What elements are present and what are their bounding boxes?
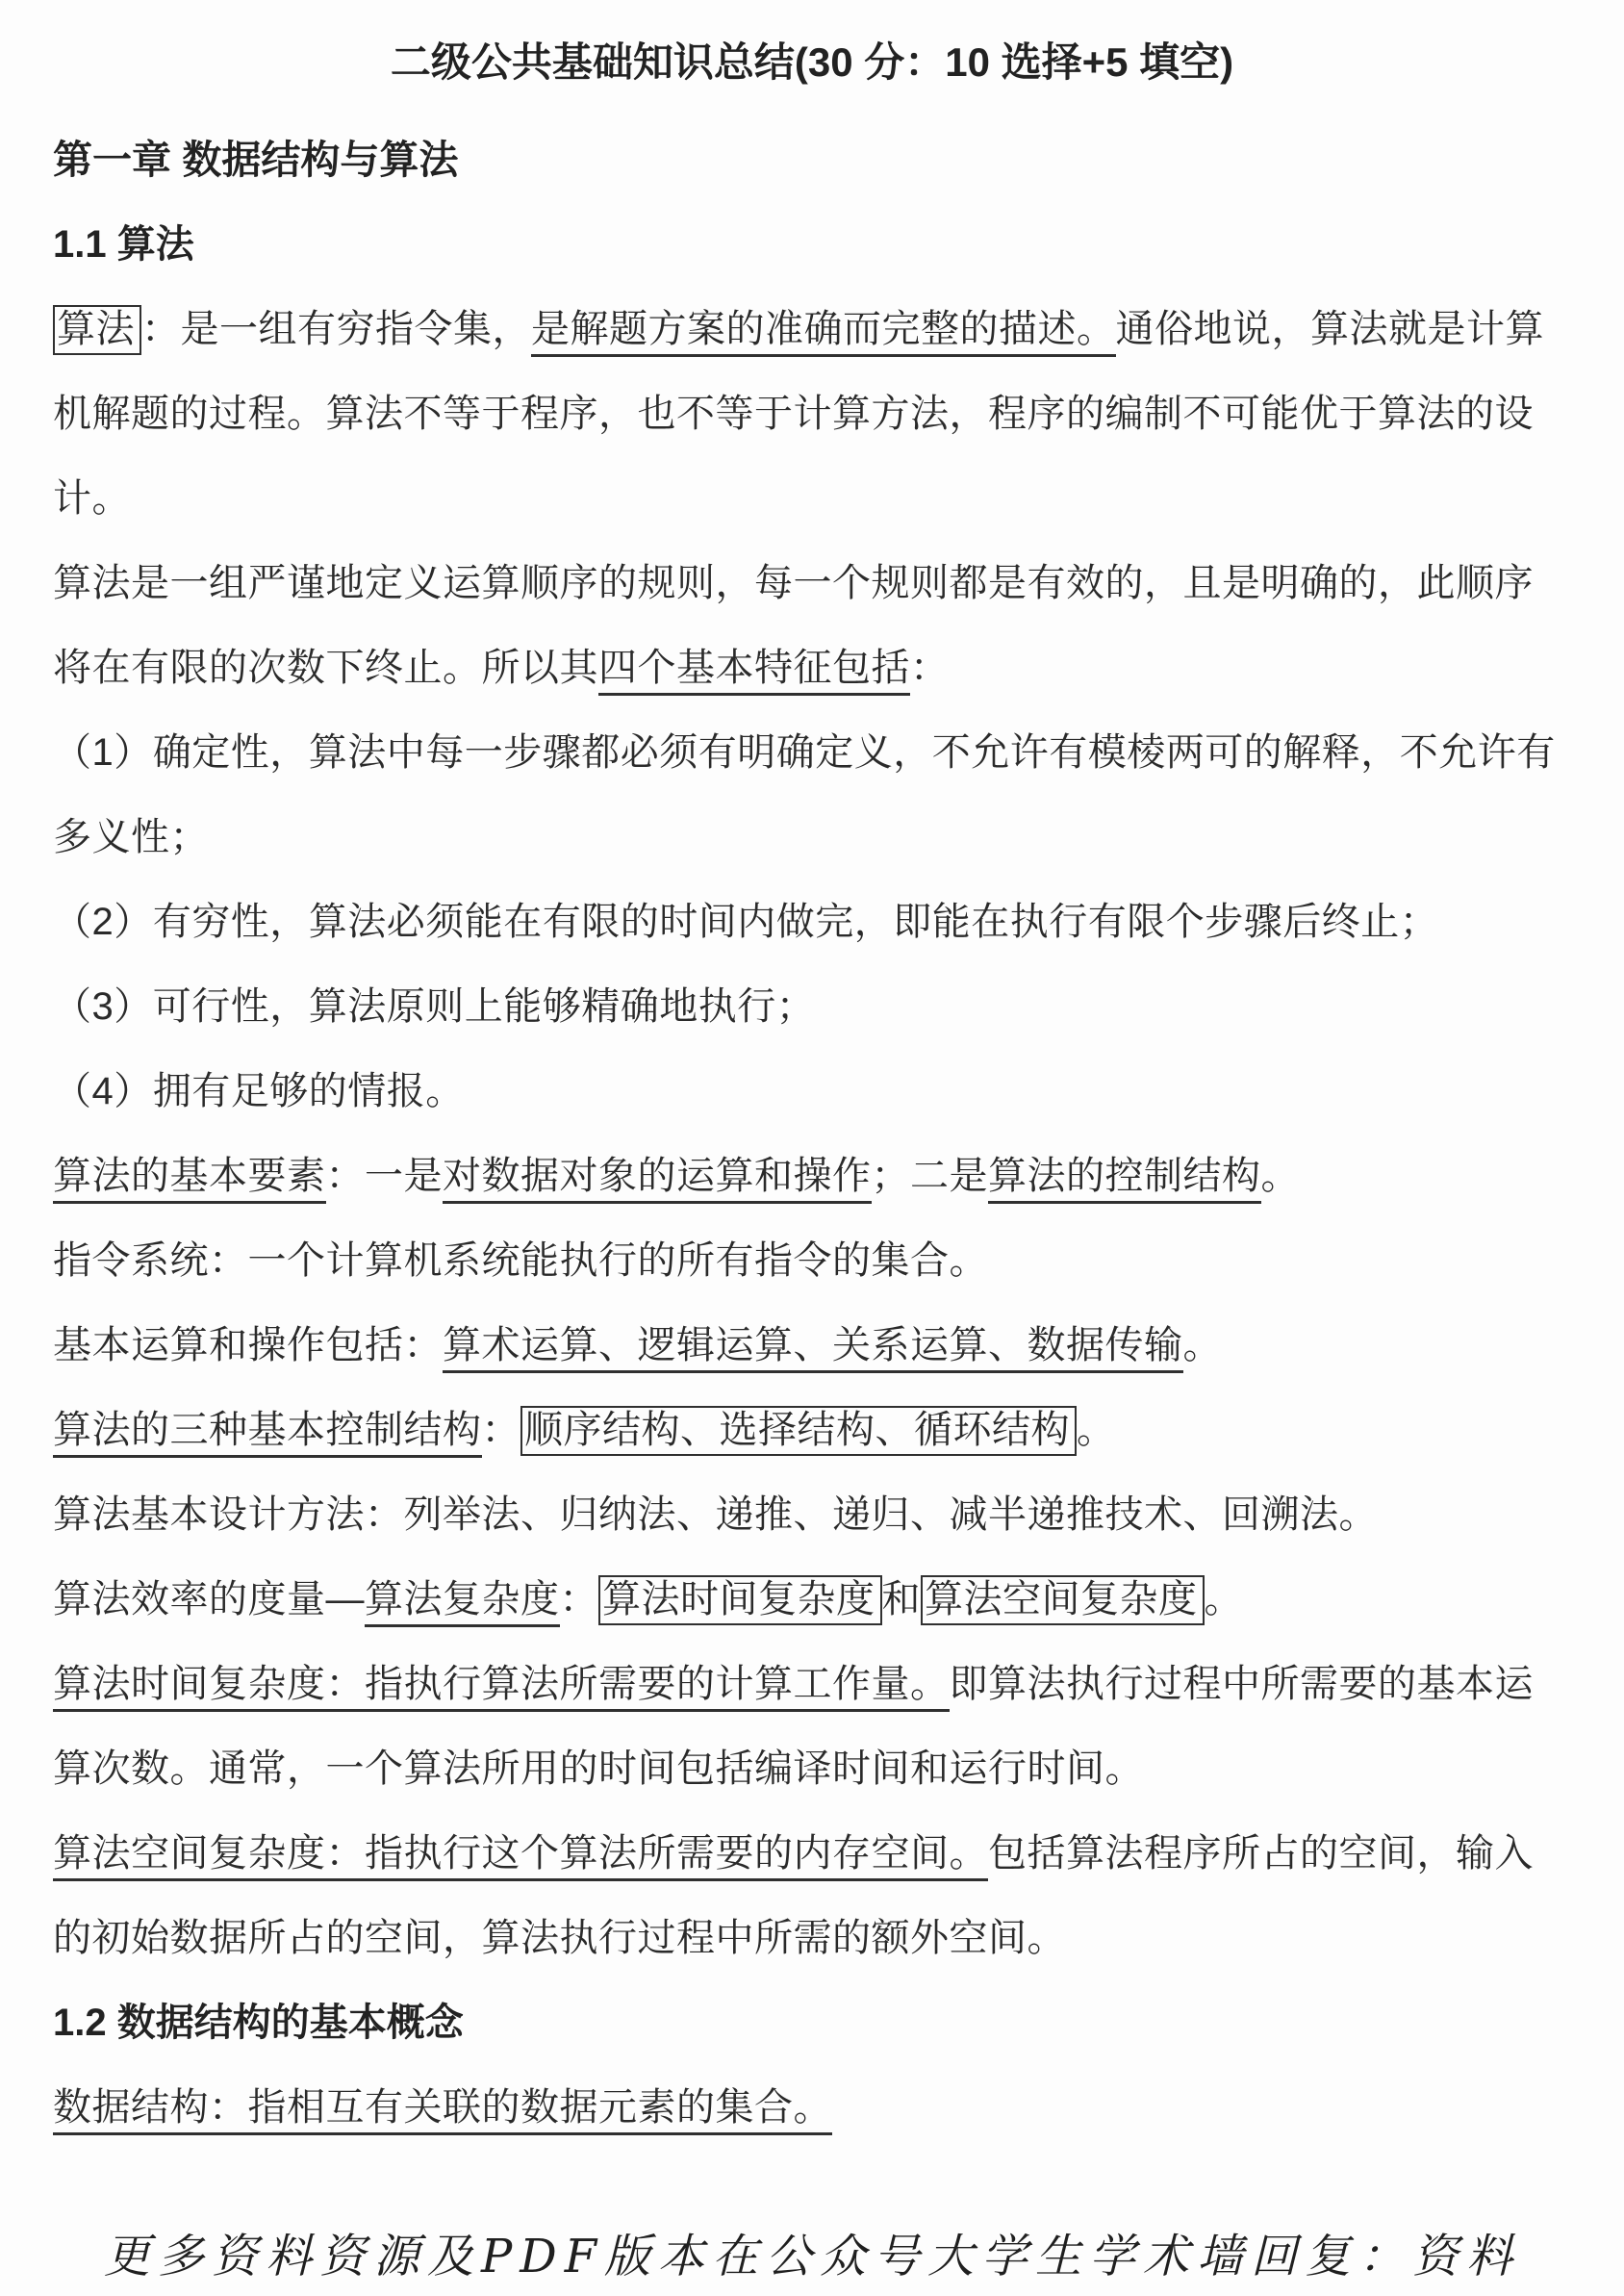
text-run: 计。 [53, 477, 131, 520]
text-run: ： [910, 647, 950, 689]
text-line: 1.1 算法 [53, 202, 1571, 287]
text-line: 将在有限的次数下终止。所以其四个基本特征包括： [53, 625, 1571, 710]
text-run: 。 [1077, 1409, 1116, 1451]
document-page: 二级公共基础知识总结(30 分：10 选择+5 填空)第一章 数据结构与算法1.… [0, 0, 1624, 2296]
text-run: （4）拥有足够的情报。 [53, 1070, 465, 1112]
text-run: 二级公共基础知识总结(30 分：10 选择+5 填空) [391, 39, 1233, 85]
text-run: （1）确定性，算法中每一步骤都必须有明确定义，不允许有模棱两可的解释，不允许有 [53, 731, 1556, 774]
underlined-term: 算法的基本要素 [53, 1155, 326, 1204]
text-run: 算法是一组严谨地定义运算顺序的规则，每一个规则都是有效的，且是明确的，此顺序 [53, 562, 1534, 604]
text-run: 。 [1205, 1578, 1244, 1620]
text-run: 1.1 算法 [53, 223, 194, 266]
text-line: 二级公共基础知识总结(30 分：10 选择+5 填空) [53, 21, 1571, 104]
text-run: （3）可行性，算法原则上能够精确地执行； [53, 985, 815, 1028]
text-line: 算法的基本要素：一是对数据对象的运算和操作；二是算法的控制结构。 [53, 1134, 1571, 1218]
text-line: 算法基本设计方法：列举法、归纳法、递推、递归、减半递推技术、回溯法。 [53, 1472, 1571, 1557]
boxed-term: 算法 [53, 305, 141, 355]
text-line: 机解题的过程。算法不等于程序，也不等于计算方法，程序的编制不可能优于算法的设 [53, 371, 1571, 456]
text-run: 将在有限的次数下终止。所以其 [53, 647, 598, 689]
text-run: ： [560, 1578, 599, 1620]
text-line: 1.2 数据结构的基本概念 [53, 1980, 1571, 2065]
document-content: 二级公共基础知识总结(30 分：10 选择+5 填空)第一章 数据结构与算法1.… [53, 21, 1571, 2150]
text-line: 算法是一组严谨地定义运算顺序的规则，每一个规则都是有效的，且是明确的，此顺序 [53, 541, 1571, 625]
text-line: 算法时间复杂度：指执行算法所需要的计算工作量。即算法执行过程中所需要的基本运 [53, 1642, 1571, 1726]
boxed-term: 算法时间复杂度 [598, 1575, 882, 1625]
text-line: （4）拥有足够的情报。 [53, 1049, 1571, 1134]
text-line: 计。 [53, 456, 1571, 541]
underlined-term: 算法的三种基本控制结构 [53, 1409, 482, 1458]
underlined-term: 算法空间复杂度：指执行这个算法所需要的内存空间。 [53, 1832, 988, 1881]
text-run: 和 [882, 1578, 922, 1620]
text-run: 。 [1183, 1324, 1223, 1366]
paragraph-algorithm-definition: 算法：是一组有穷指令集，是解题方案的准确而完整的描述。通俗地说，算法就是计算机解… [53, 287, 1571, 1980]
underlined-term: 对数据对象的运算和操作 [443, 1155, 872, 1204]
text-line: （1）确定性，算法中每一步骤都必须有明确定义，不允许有模棱两可的解释，不允许有 [53, 710, 1571, 795]
underlined-term: 数据结构：指相互有关联的数据元素的集合。 [53, 2086, 832, 2135]
text-run: 多义性； [53, 816, 209, 858]
text-line: 第一章 数据结构与算法 [53, 117, 1571, 202]
text-run: （2）有穷性，算法必须能在有限的时间内做完，即能在执行有限个步骤后终止； [53, 901, 1438, 943]
text-line: 多义性； [53, 795, 1571, 880]
text-line: 的初始数据所占的空间，算法执行过程中所需的额外空间。 [53, 1896, 1571, 1980]
text-run: 的初始数据所占的空间，算法执行过程中所需的额外空间。 [53, 1917, 1066, 1959]
text-run: 算法效率的度量— [53, 1578, 365, 1620]
text-line: 算次数。通常，一个算法所用的时间包括编译时间和运行时间。 [53, 1726, 1571, 1811]
underlined-term: 算法的控制结构 [988, 1155, 1261, 1204]
text-line: 算法效率的度量—算法复杂度：算法时间复杂度和算法空间复杂度。 [53, 1557, 1571, 1642]
text-run: ：是一组有穷指令集， [141, 308, 531, 350]
paragraph-data-structure-definition: 数据结构：指相互有关联的数据元素的集合。 [53, 2065, 1571, 2150]
text-run: ：一是 [326, 1155, 444, 1197]
text-line: （3）可行性，算法原则上能够精确地执行； [53, 964, 1571, 1049]
text-run: 算法基本设计方法：列举法、归纳法、递推、递归、减半递推技术、回溯法。 [53, 1493, 1378, 1536]
document-title: 二级公共基础知识总结(30 分：10 选择+5 填空) [53, 21, 1571, 104]
section-heading-1-2: 1.2 数据结构的基本概念 [53, 1980, 1571, 2065]
text-run: 算次数。通常，一个算法所用的时间包括编译时间和运行时间。 [53, 1748, 1144, 1790]
text-run: 第一章 数据结构与算法 [53, 138, 458, 182]
chapter-heading: 第一章 数据结构与算法 [53, 117, 1571, 202]
boxed-term: 算法空间复杂度 [921, 1575, 1205, 1625]
text-run: ；二是 [872, 1155, 989, 1197]
text-line: 基本运算和操作包括：算术运算、逻辑运算、关系运算、数据传输。 [53, 1303, 1571, 1388]
text-line: 算法：是一组有穷指令集，是解题方案的准确而完整的描述。通俗地说，算法就是计算 [53, 287, 1571, 371]
boxed-term: 顺序结构、选择结构、循环结构 [520, 1406, 1077, 1456]
text-run: 通俗地说，算法就是计算 [1116, 308, 1545, 350]
text-line: 数据结构：指相互有关联的数据元素的集合。 [53, 2065, 1571, 2150]
section-heading-1-1: 1.1 算法 [53, 202, 1571, 287]
text-line: 指令系统：一个计算机系统能执行的所有指令的集合。 [53, 1218, 1571, 1303]
text-run: ： [482, 1409, 521, 1451]
text-run: 1.2 数据结构的基本概念 [53, 2002, 464, 2044]
text-line: （2）有穷性，算法必须能在有限的时间内做完，即能在执行有限个步骤后终止； [53, 880, 1571, 964]
text-line: 算法空间复杂度：指执行这个算法所需要的内存空间。包括算法程序所占的空间，输入 [53, 1811, 1571, 1896]
underlined-term: 算术运算、逻辑运算、关系运算、数据传输 [443, 1324, 1183, 1373]
text-run: 。 [1261, 1155, 1301, 1197]
footer-promo-text: 更多资料资源及PDF版本在公众号大学生学术墙回复：资料 [53, 2214, 1571, 2296]
text-run: 指令系统：一个计算机系统能执行的所有指令的集合。 [53, 1239, 988, 1282]
text-run: 即算法执行过程中所需要的基本运 [950, 1663, 1535, 1705]
underlined-term: 算法时间复杂度：指执行算法所需要的计算工作量。 [53, 1663, 950, 1712]
text-line: 算法的三种基本控制结构：顺序结构、选择结构、循环结构。 [53, 1388, 1571, 1472]
underlined-term: 四个基本特征包括 [598, 647, 910, 696]
underlined-term: 算法复杂度 [365, 1578, 560, 1627]
underlined-term: 是解题方案的准确而完整的描述。 [531, 308, 1116, 357]
text-run: 基本运算和操作包括： [53, 1324, 443, 1366]
text-run: 机解题的过程。算法不等于程序，也不等于计算方法，程序的编制不可能优于算法的设 [53, 393, 1534, 435]
text-run: 包括算法程序所占的空间，输入 [988, 1832, 1534, 1875]
